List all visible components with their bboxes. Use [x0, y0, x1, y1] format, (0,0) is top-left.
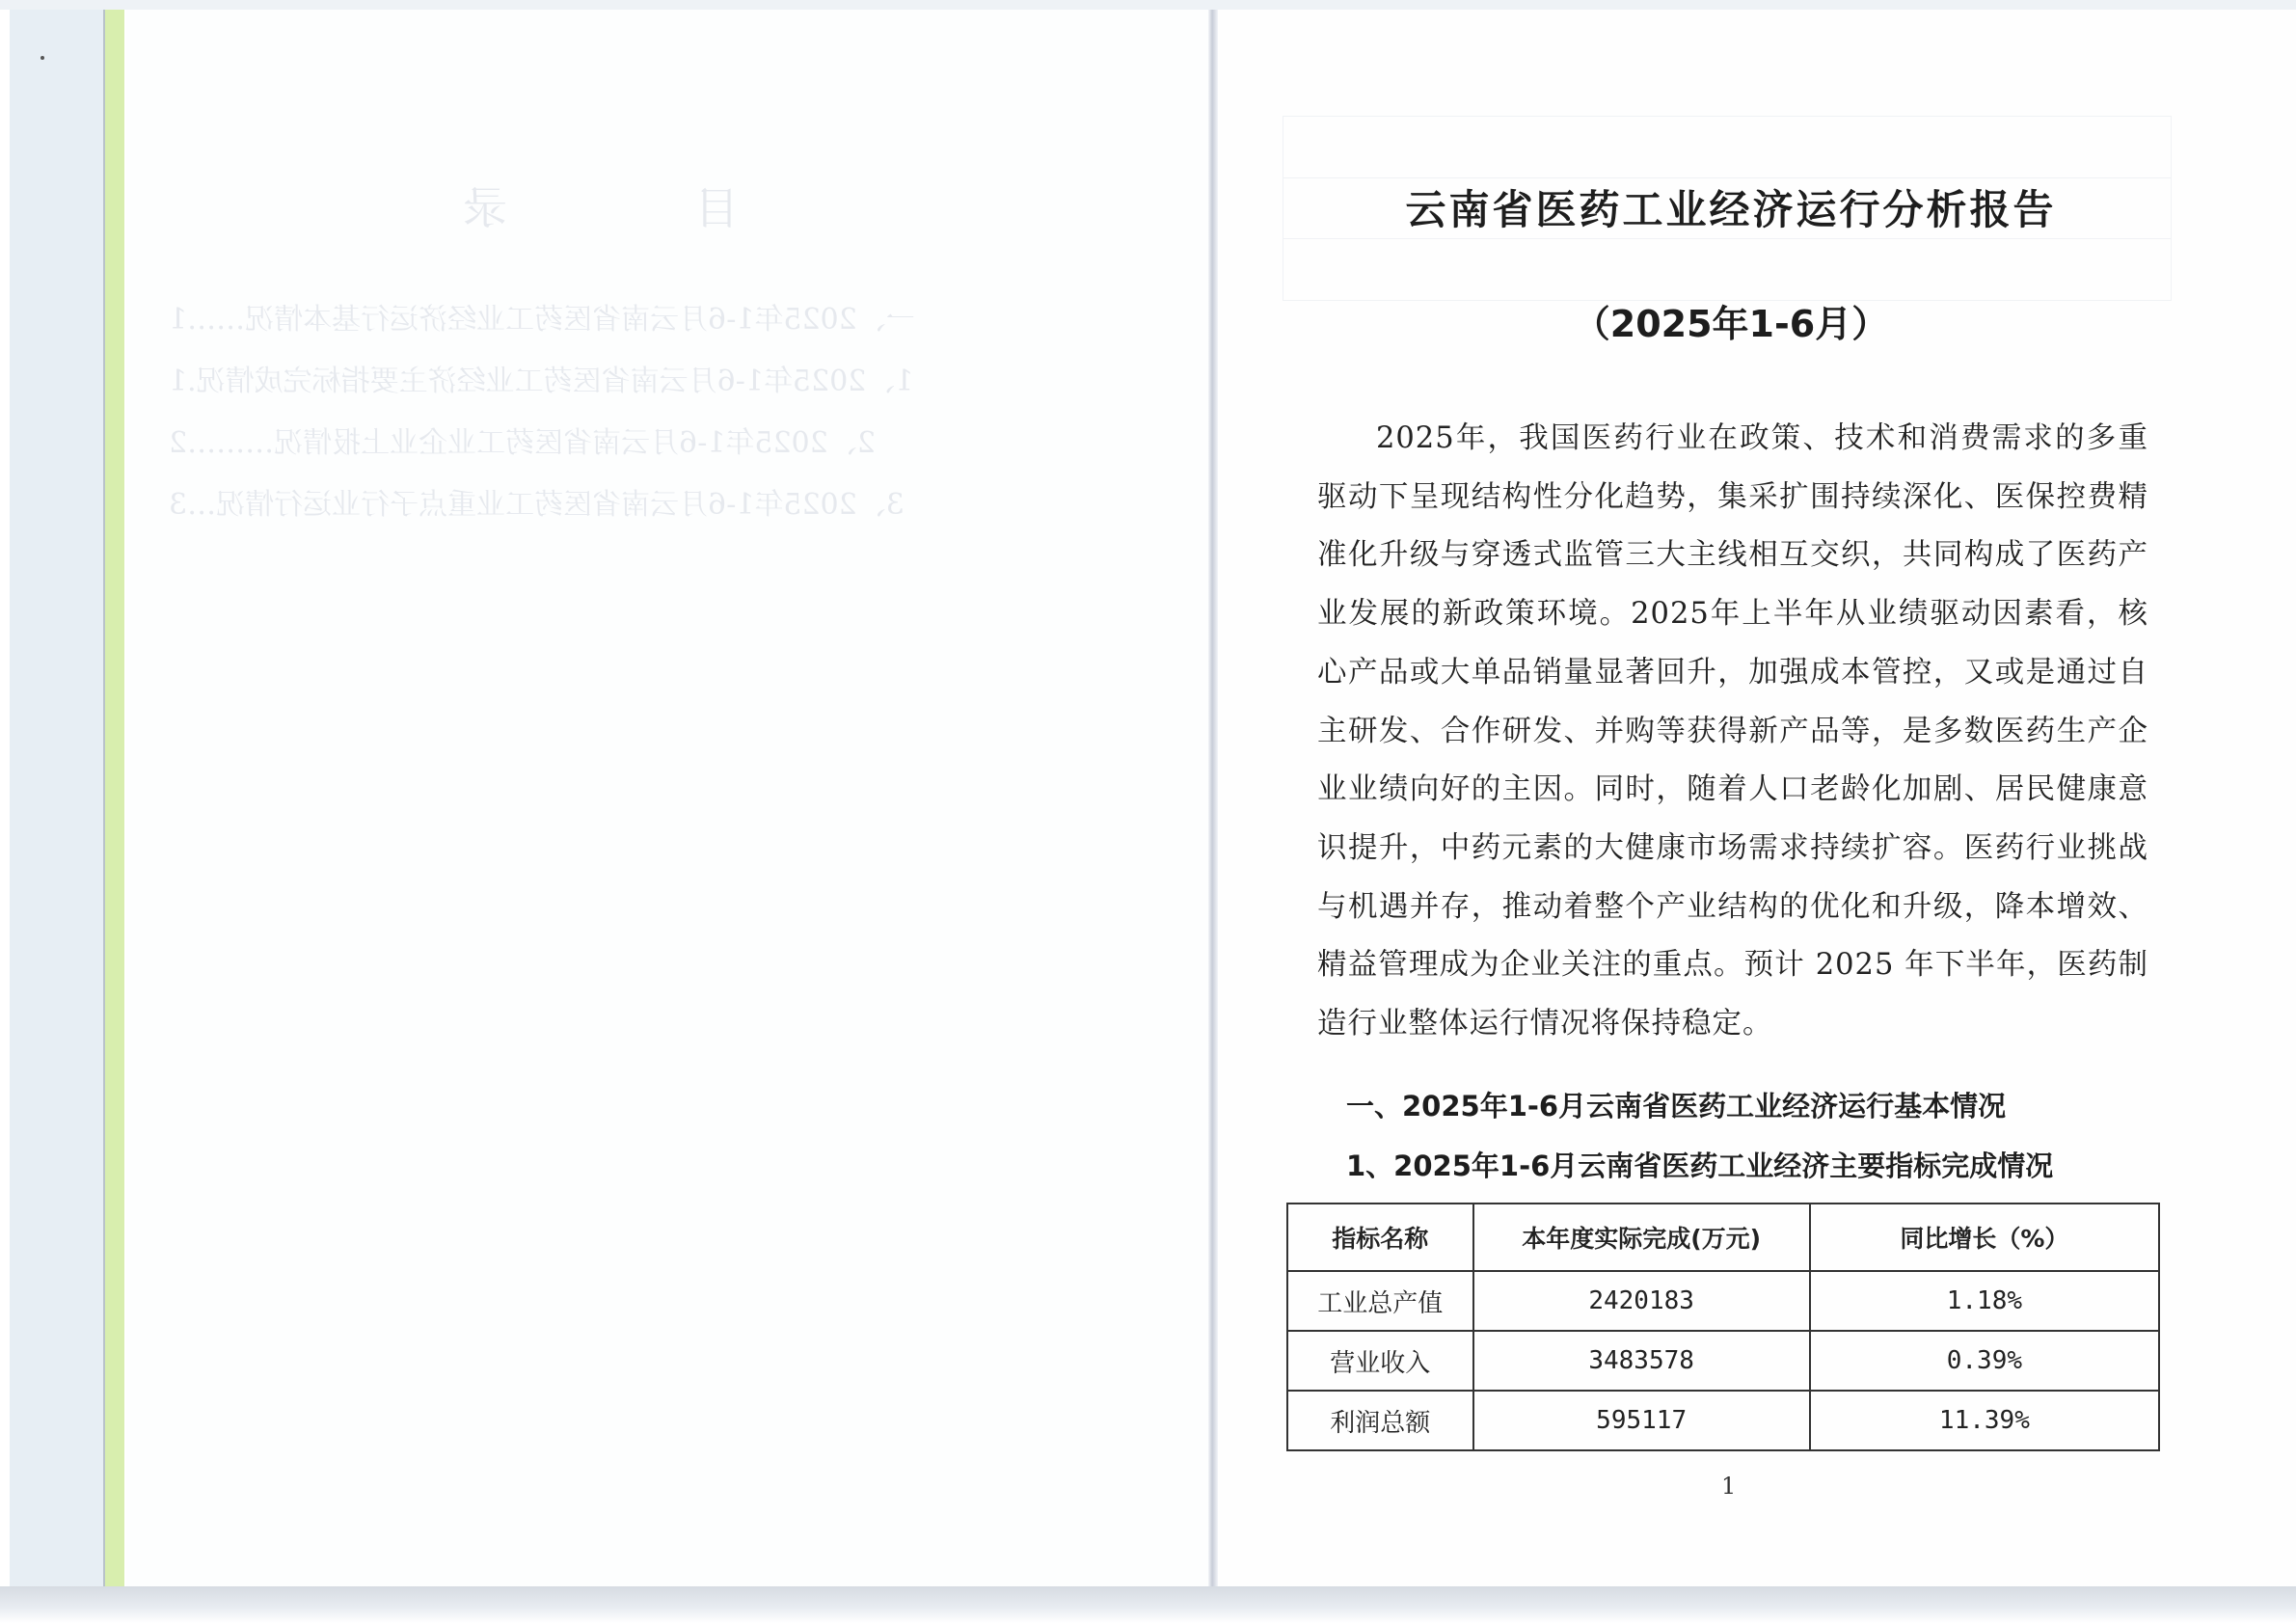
- column-header-indicator: 指标名称: [1287, 1204, 1473, 1271]
- ghost-toc-title: 目 录: [376, 174, 740, 237]
- indicator-name: 利润总额: [1287, 1391, 1473, 1450]
- document-subtitle: （2025年1-6月）: [1345, 294, 2117, 347]
- scan-speck: [41, 56, 44, 60]
- section-heading: 一、2025年1-6月云南省医药工业经济运行基本情况: [1346, 1085, 2006, 1124]
- scan-left-strip: [10, 10, 105, 1586]
- actual-value: 595117: [1473, 1391, 1810, 1450]
- actual-value: 2420183: [1473, 1271, 1810, 1331]
- table-header-row: 指标名称 本年度实际完成(万元) 同比增长（%）: [1287, 1204, 2159, 1271]
- ghost-toc-line: 2、2025年1-6月云南省医药工业企业上报情况………2: [169, 413, 1075, 474]
- growth-value: 11.39%: [1810, 1391, 2159, 1450]
- left-page: [126, 10, 1208, 1586]
- actual-value: 3483578: [1473, 1331, 1810, 1391]
- table-row: 利润总额 595117 11.39%: [1287, 1391, 2159, 1450]
- document-title: 云南省医药工业经济运行分析报告: [1345, 178, 2117, 236]
- column-header-actual: 本年度实际完成(万元): [1473, 1204, 1810, 1271]
- ghost-table-rule: [1283, 238, 2171, 239]
- book-gutter: [1208, 10, 1218, 1586]
- page-number: 1: [1721, 1473, 1736, 1500]
- scan-bottom-edge: [0, 1586, 2296, 1623]
- growth-value: 1.18%: [1810, 1271, 2159, 1331]
- ghost-toc-line: 1、2025年1-6月云南省医药工业经济主要指标完成情况.1: [169, 351, 1075, 413]
- subsection-heading: 1、2025年1-6月云南省医药工业经济主要指标完成情况: [1346, 1145, 2053, 1184]
- indicator-name: 营业收入: [1287, 1331, 1473, 1391]
- indicator-name: 工业总产值: [1287, 1271, 1473, 1331]
- intro-paragraph: 2025年，我国医药行业在政策、技术和消费需求的多重驱动下呈现结构性分化趋势，集…: [1317, 410, 2148, 1054]
- table-row: 工业总产值 2420183 1.18%: [1287, 1271, 2159, 1331]
- ghost-toc-line: 一、2025年1-6月云南省医药工业经济运行基本情况……1: [169, 289, 1075, 351]
- column-header-growth: 同比增长（%）: [1810, 1204, 2159, 1271]
- ghost-toc-line: 3、2025年1-6月云南省医药工业重点子行业运行情况…3: [169, 474, 1075, 536]
- green-cover-edge: [105, 10, 124, 1586]
- scan-top-edge: [0, 0, 2296, 10]
- table-row: 营业收入 3483578 0.39%: [1287, 1331, 2159, 1391]
- ghost-toc-list: 一、2025年1-6月云南省医药工业经济运行基本情况……1 1、2025年1-6…: [169, 289, 1075, 536]
- kpi-table: 指标名称 本年度实际完成(万元) 同比增长（%） 工业总产值 2420183 1…: [1286, 1203, 2160, 1451]
- growth-value: 0.39%: [1810, 1331, 2159, 1391]
